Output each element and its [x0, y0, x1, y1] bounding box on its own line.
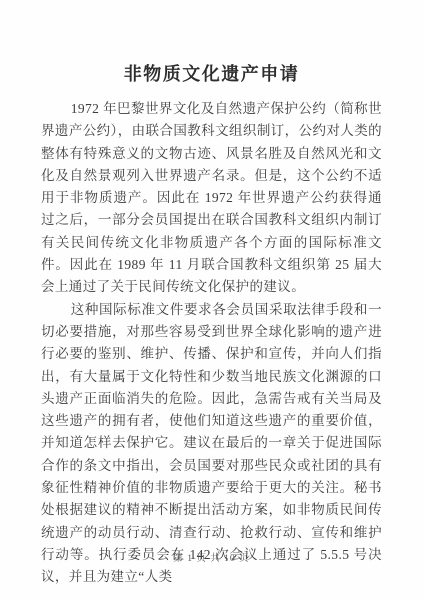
document-title: 非物质文化遗产申请 — [41, 60, 382, 86]
paragraph-2: 这种国际标准文件要求各会员国采取法律手段和一切必要措施，对那些容易受到世界全球化… — [41, 299, 382, 589]
page-footer: 第 1 页 共 10 页 — [0, 550, 423, 564]
paragraph-1: 1972 年巴黎世界文化及自然遗产保护公约（简称世界遗产公约），由联合国教科文组… — [41, 98, 382, 299]
document-page: 非物质文化遗产申请 1972 年巴黎世界文化及自然遗产保护公约（简称世界遗产公约… — [0, 0, 423, 600]
